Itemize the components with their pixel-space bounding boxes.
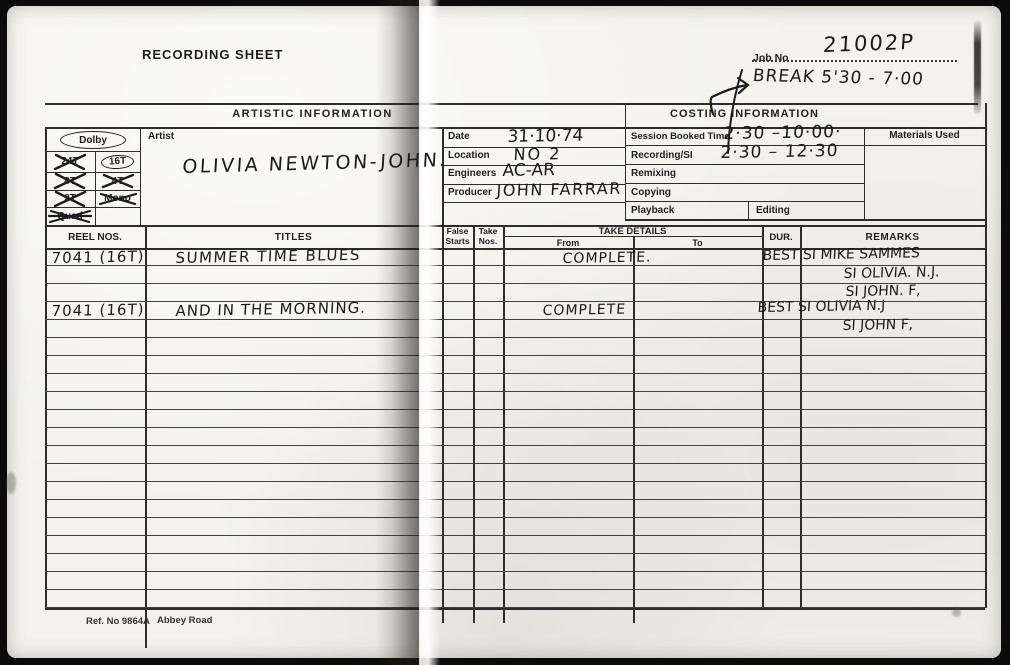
cross-out-mark (51, 172, 89, 190)
producer-label: Producer (448, 187, 492, 198)
grid-line-h (45, 103, 978, 105)
grid-line-v (140, 127, 141, 225)
copying-label: Copying (631, 187, 671, 198)
scan-smudge (952, 608, 961, 617)
job-no-value: 21002P (822, 30, 915, 57)
playback-label: Playback (631, 205, 674, 216)
location-label: Location (448, 150, 490, 161)
entry-reel: 7041 (16T) (51, 247, 145, 267)
dolby-label: Dolby (79, 135, 107, 146)
costing-section-title: COSTING INFORMATION (625, 108, 864, 120)
cross-out-mark (100, 172, 136, 190)
engineers-label: Engineers (448, 168, 496, 179)
grid-line-h (45, 608, 985, 610)
dur-header: DUR. (762, 232, 800, 243)
entry-remark: BEST SI OLIVIA N.J (757, 298, 886, 316)
job-no-dotted-line (752, 60, 957, 62)
grid-line-v (748, 201, 749, 219)
page-fold-shadow (376, 0, 420, 665)
track-cell-8t: 8T (45, 172, 95, 190)
date-label: Date (448, 131, 470, 142)
entry-reel: 7041 (16T) (51, 300, 145, 320)
recording-si-value: 2·30 – 12·30 (720, 141, 839, 163)
grid-line-h (625, 183, 864, 184)
track-cell-mono: Mono (95, 190, 140, 207)
take-details-header: TAKE DETAILS (503, 226, 762, 237)
session-booked-time-label: Session Booked Time (631, 131, 730, 142)
grid-line-h (442, 202, 625, 203)
cross-out-mark (51, 152, 89, 172)
cross-out-mark (47, 207, 93, 225)
entry-title: SUMMER TIME BLUES (175, 246, 361, 267)
artist-label: Artist (148, 131, 174, 142)
grid-line-v (625, 103, 626, 219)
track-cell-4t: 4T (95, 172, 140, 190)
cross-out-mark (97, 191, 139, 207)
false-starts-header: False Starts (442, 227, 473, 247)
reel-nos-header: REEL NOS. (45, 232, 145, 243)
page-fold-highlight (419, 0, 440, 665)
cross-out-mark (51, 190, 89, 208)
grid-line-h (625, 164, 864, 165)
scanned-recording-sheet: RECORDING SHEET Job No 21002P BREAK 5'30… (0, 0, 1010, 665)
titles-header: TITLES (145, 232, 442, 243)
track-label-circled: 16T (101, 154, 135, 170)
entry-remark: SI JOHN F, (842, 317, 913, 334)
entry-take: COMPLETE (542, 302, 626, 319)
entry-take: COMPLETE. (562, 249, 652, 267)
to-header: To (633, 238, 762, 248)
remixing-label: Remixing (631, 168, 676, 179)
recording-si-label: Recording/SI (631, 150, 693, 161)
materials-used-label: Materials Used (864, 130, 985, 141)
from-header: From (503, 238, 633, 248)
editing-label: Editing (756, 205, 790, 216)
brand-name: Abbey Road (157, 615, 212, 626)
ref-no: Ref. No 9864A (86, 616, 150, 627)
track-cell-16t: 16T (95, 151, 140, 172)
grid-line-h (625, 219, 985, 221)
producer-value: JOHN FARRAR (496, 179, 622, 200)
track-cell-24t: 24T (45, 151, 95, 172)
scan-edge-mark (974, 20, 981, 114)
grid-line-v (985, 103, 987, 608)
track-cell-2t: 2T (45, 190, 95, 207)
entry-remark: SI OLIVIA. N.J. (843, 264, 940, 282)
entry-title: AND IN THE MORNING. (175, 299, 366, 320)
scan-smudge (6, 472, 16, 494)
grid-line-h (625, 201, 864, 202)
break-note: BREAK 5'30 - 7·00 (752, 66, 925, 90)
track-cell-quad: Quad (45, 207, 95, 225)
page-title: RECORDING SHEET (142, 47, 283, 62)
engineers-value: AC-AR (502, 160, 556, 181)
take-nos-header: Take Nos. (473, 227, 503, 247)
job-no-label: Job No (753, 52, 789, 64)
dolby-badge: Dolby (60, 131, 126, 149)
artistic-section-title: ARTISTIC INFORMATION (45, 108, 580, 120)
remarks-header: REMARKS (800, 232, 985, 243)
entry-remark: BEST SI MIKE SAMMES (762, 245, 920, 264)
